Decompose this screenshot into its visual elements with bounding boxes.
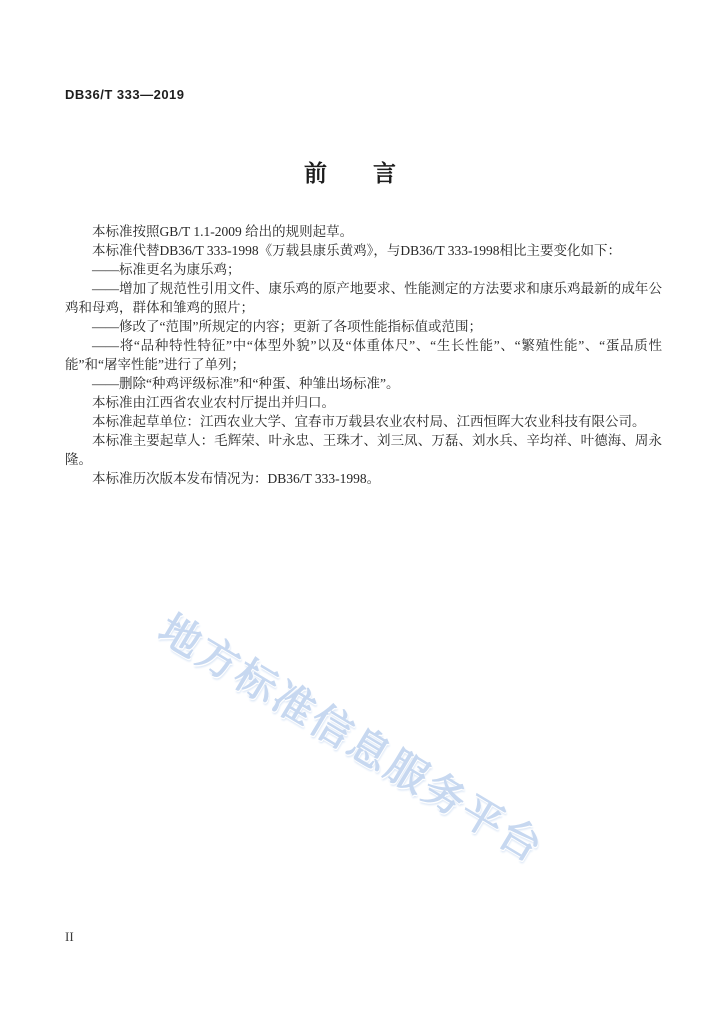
foreword-paragraph: ——标准更名为康乐鸡； [65,260,662,279]
foreword-paragraph: ——删除“种鸡评级标准”和“种蛋、种雏出场标准”。 [65,374,662,393]
foreword-paragraph: 本标准由江西省农业农村厅提出并归口。 [65,393,662,412]
foreword-paragraph: 本标准起草单位：江西农业大学、宜春市万载县农业农村局、江西恒晖大农业科技有限公司… [65,412,662,431]
watermark-text: 地方标准信息服务平台 [150,597,558,874]
document-page: DB36/T 333—2019 前 言 本标准按照GB/T 1.1-2009 给… [0,0,724,1024]
foreword-paragraph: 本标准按照GB/T 1.1-2009 给出的规则起草。 [65,222,662,241]
standard-code: DB36/T 333—2019 [65,87,185,102]
foreword-body: 本标准按照GB/T 1.1-2009 给出的规则起草。 本标准代替DB36/T … [65,222,662,488]
foreword-paragraph: ——修改了“范围”所规定的内容；更新了各项性能指标值或范围； [65,317,662,336]
page-title: 前 言 [0,155,700,188]
foreword-paragraph: 本标准主要起草人：毛辉荣、叶永忠、王珠才、刘三凤、万磊、刘水兵、辛均祥、叶德海、… [65,431,662,469]
foreword-paragraph: ——将“品种特性特征”中“体型外貌”以及“体重体尺”、“生长性能”、“繁殖性能”… [65,336,662,374]
foreword-paragraph: 本标准代替DB36/T 333-1998《万载县康乐黄鸡》，与DB36/T 33… [65,241,662,260]
foreword-paragraph: 本标准历次版本发布情况为：DB36/T 333-1998。 [65,469,662,488]
foreword-paragraph: ——增加了规范性引用文件、康乐鸡的原产地要求、性能测定的方法要求和康乐鸡最新的成… [65,279,662,317]
page-number: II [65,929,74,945]
